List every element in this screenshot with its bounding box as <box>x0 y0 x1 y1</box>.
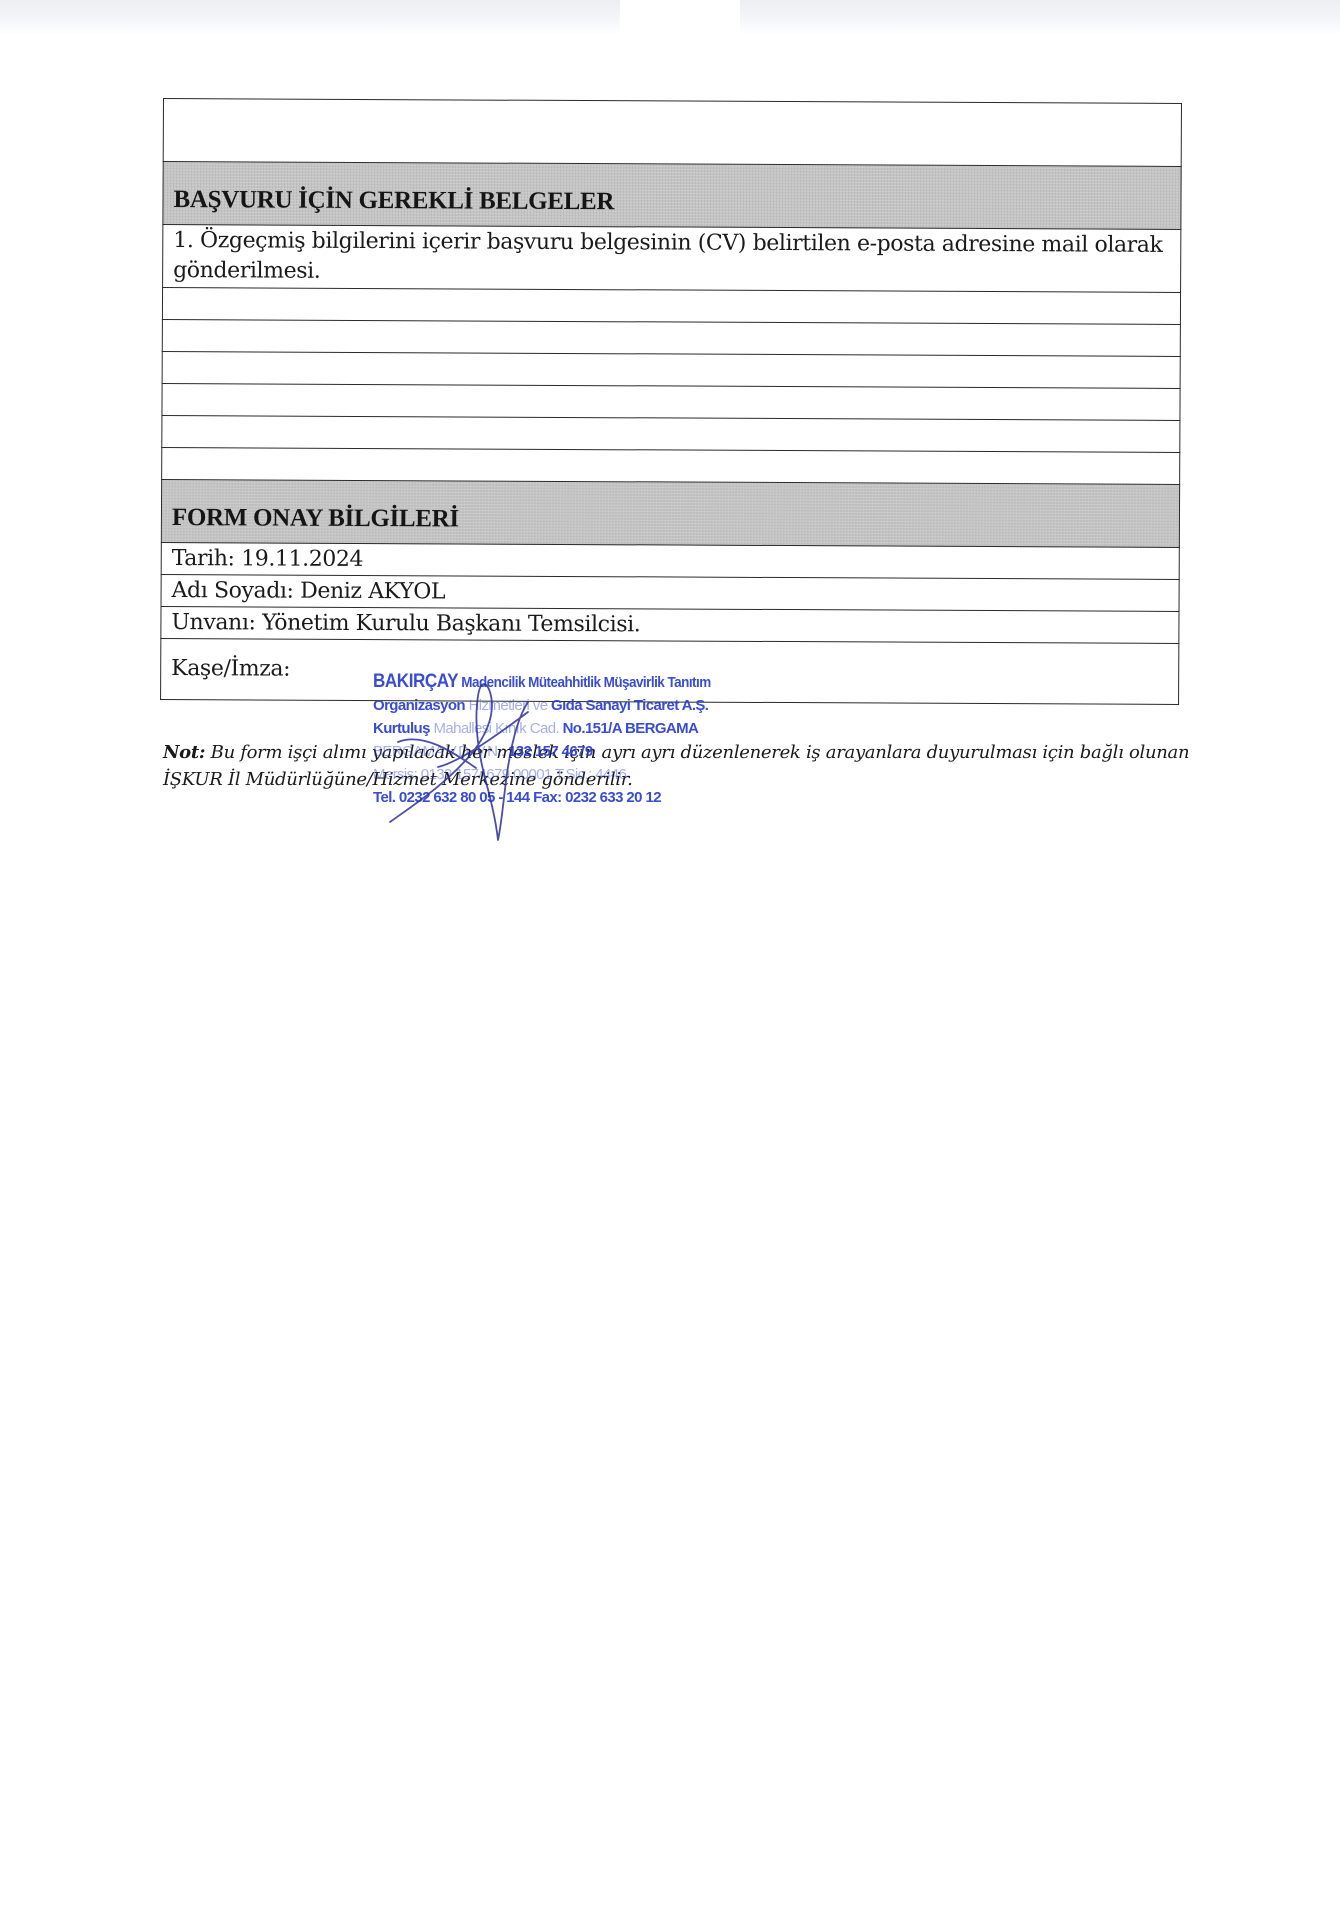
scan-shading-gap <box>620 0 740 36</box>
required-document-row: 1. Özgeçmiş bilgilerini içerir başvuru b… <box>163 225 1181 293</box>
approval-title: FORM ONAY BİLGİLERİ <box>161 479 1179 547</box>
approval-date: Tarih: 19.11.2024 <box>161 542 1179 579</box>
stamp-brand: BAKIRÇAY <box>373 671 458 692</box>
blank-row <box>162 351 1180 388</box>
blank-row <box>162 383 1180 420</box>
company-stamp: BAKIRÇAY Madencilik Müteahhitlik Müşavir… <box>373 670 743 809</box>
required-documents-title: BAŞVURU İÇİN GEREKLİ BELGELER <box>163 162 1181 230</box>
stamp-line-2: Organizasyon Hizmetleri ve Gıda Sanayi T… <box>373 694 743 717</box>
blank-row <box>162 319 1180 356</box>
required-documents-header: BAŞVURU İÇİN GEREKLİ BELGELER <box>163 162 1181 230</box>
approval-header: FORM ONAY BİLGİLERİ <box>161 479 1179 547</box>
stamp-line-6: Tel. 0232 632 80 05 - 144 Fax: 0232 633 … <box>373 786 743 809</box>
form-table: BAŞVURU İÇİN GEREKLİ BELGELER 1. Özgeçmi… <box>160 98 1182 705</box>
footnote-label: Not: <box>163 742 205 763</box>
stamp-line-1: BAKIRÇAY Madencilik Müteahhitlik Müşavir… <box>373 670 706 694</box>
blank-row <box>162 288 1180 325</box>
required-document-item: 1. Özgeçmiş bilgilerini içerir başvuru b… <box>163 225 1181 293</box>
blank-row <box>162 447 1180 484</box>
approval-name-row: Adı Soyadı: Deniz AKYOL <box>161 574 1179 611</box>
approval-date-row: Tarih: 19.11.2024 <box>161 542 1179 579</box>
blank-row <box>162 415 1180 452</box>
stamp-line-5: Mersis: 0132 1574679 00001 T.Sic.: 4446 <box>373 763 743 786</box>
stamp-line-4: BERGAMA V.D. V.N.: 132 157 4679 <box>373 740 743 763</box>
approval-position-row: Unvanı: Yönetim Kurulu Başkanı Temsilcis… <box>161 606 1179 643</box>
approval-name: Adı Soyadı: Deniz AKYOL <box>161 574 1179 611</box>
blank-top-row <box>163 99 1181 167</box>
approval-position: Unvanı: Yönetim Kurulu Başkanı Temsilcis… <box>161 606 1179 643</box>
stamp-line-3: Kurtuluş Mahallesi Kınık Cad. No.151/A B… <box>373 717 743 740</box>
